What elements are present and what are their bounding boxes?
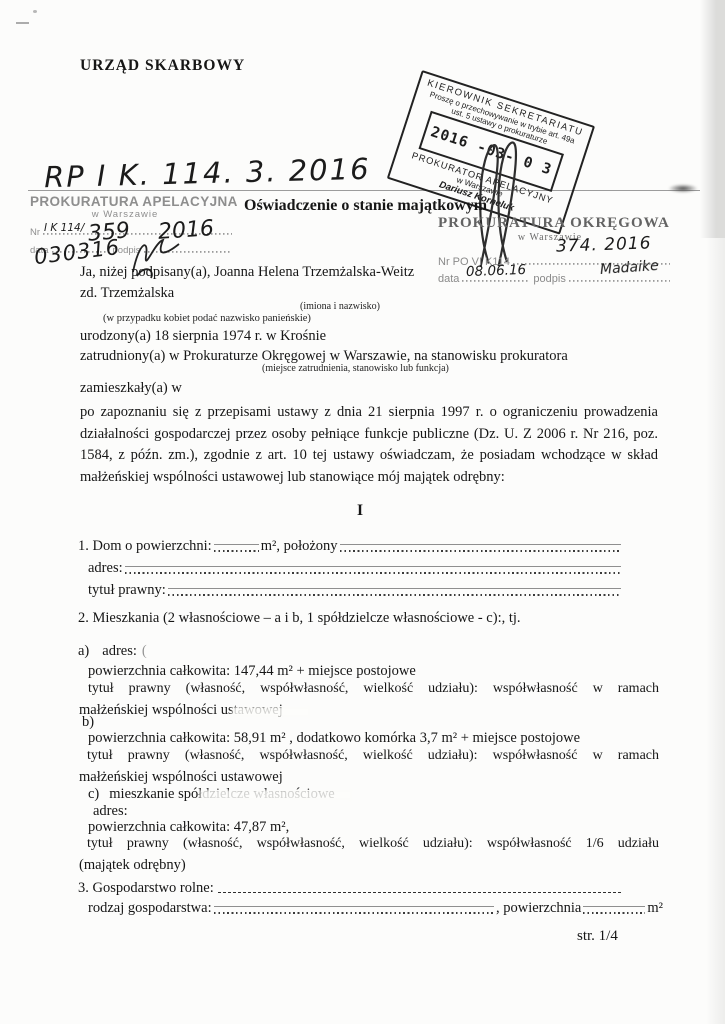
stamp-org-name: PROKURATURA APELACYJNA [30, 194, 235, 209]
residence-line: zamieszkały(a) w [80, 378, 182, 398]
blank-field-dashes [218, 892, 621, 893]
address-label: adres: [102, 641, 137, 661]
caption-employment: (miejsce zatrudnienia, stanowisko lub fu… [262, 363, 449, 374]
birth-line: urodzony(a) 18 sierpnia 1974 r. w Krośni… [80, 326, 326, 346]
stamp-nr-label: Nr [30, 227, 40, 238]
stamp-date-label: data [438, 273, 459, 285]
scanned-document-page: URZĄD SKARBOWY KIEROWNIK SEKRETARIATU Pr… [0, 0, 725, 1024]
stray-pen-mark: ( [142, 641, 147, 661]
ink-smudge [668, 184, 698, 193]
stamp-org-name: PROKURATURA OKRĘGOWA [438, 215, 680, 232]
handwritten-nr-prefix: I K 114/ [44, 222, 84, 234]
section-heading: I [80, 502, 640, 520]
farm-type-label: rodzaj gospodarstwa: [88, 898, 212, 918]
item1-label: 1. Dom o powierzchni: [78, 536, 212, 556]
blank-field-line [214, 906, 494, 914]
declarant-name-line: Ja, niżej podpisany(a), Joanna Helena Tr… [80, 262, 414, 282]
item1-house-line: 1. Dom o powierzchni: m², położony [78, 536, 623, 556]
item2a-address-line: a) adres: ( [78, 641, 147, 661]
scan-speck [33, 10, 37, 13]
legal-title-label: tytuł prawny: [88, 580, 166, 600]
scan-fade-artifact [232, 707, 310, 717]
item2b-legal-title-1: tytuł prawny (własność, współwłasność, w… [79, 748, 659, 764]
item3-farm-line: 3. Gospodarstwo rolne: [78, 878, 623, 898]
handwritten-date-value: 08.06.16 [466, 262, 527, 280]
caption-maiden-name: (w przypadku kobiet podać nazwisko panie… [103, 313, 311, 324]
item2c-legal-title-1: tytuł prawny (własność, współwłasność, w… [79, 836, 659, 852]
dotted-line [462, 280, 530, 282]
item2a-area: powierzchnia całkowita: 147,44 m² + miej… [88, 661, 416, 681]
item2-label: 2. Mieszkania (2 własnościowe – a i b, 1… [78, 608, 521, 628]
stamp-podpis-label: podpis [533, 273, 565, 285]
item2c-legal-title-2: (majątek odrębny) [79, 855, 186, 875]
apelacyjna-stamp: PROKURATURA APELACYJNA w Warszawie Nr da… [30, 194, 235, 256]
okregowa-stamp: PROKURATURA OKRĘGOWA w Warszawie Nr PO V… [430, 215, 680, 285]
item2c-area: powierzchnia całkowita: 47,87 m², [88, 817, 289, 837]
item1-legal-title-line: tytuł prawny: [88, 580, 623, 600]
item1-after-area: m², położony [261, 536, 338, 556]
item3-label: 3. Gospodarstwo rolne: [78, 878, 214, 898]
scan-speck [16, 22, 29, 24]
handwritten-case-number: RP I K. 114. 3. 2016 [44, 152, 371, 195]
address-label: adres: [88, 558, 123, 578]
blank-field-line [125, 566, 621, 574]
declaration-paragraph: po zapoznaniu się z przepisami ustawy z … [80, 402, 658, 488]
blank-field-line [583, 906, 645, 914]
handwritten-nr-value: 374. 2016 [556, 233, 652, 256]
blank-field-line [214, 544, 259, 552]
item3-farm-type-line: rodzaj gospodarstwa: , powierzchnia m² [88, 898, 663, 918]
dotted-line [569, 280, 670, 282]
caption-name: (imiona i nazwisko) [300, 301, 380, 312]
scan-edge-shadow [700, 0, 725, 238]
item1-address-line: adres: [88, 558, 623, 578]
item2a-legal-title-1: tytuł prawny (własność, współwłasność, w… [79, 681, 659, 697]
scan-edge-shadow-lower [706, 238, 725, 1024]
document-title: Oświadczenie o stanie majątkowym [244, 197, 487, 215]
page-number: str. 1/4 [577, 928, 618, 945]
blank-field-line [168, 588, 621, 596]
area-unit: m² [647, 898, 663, 918]
office-name: URZĄD SKARBOWY [80, 57, 245, 75]
blank-field-line [340, 544, 621, 552]
area-label: , powierzchnia [496, 898, 581, 918]
item2a-label: a) [78, 641, 89, 661]
item2b-area: powierzchnia całkowita: 58,91 m² , dodat… [88, 728, 580, 748]
scan-fade-artifact [200, 790, 352, 800]
maiden-name-line: zd. Trzemżalska [80, 283, 174, 303]
